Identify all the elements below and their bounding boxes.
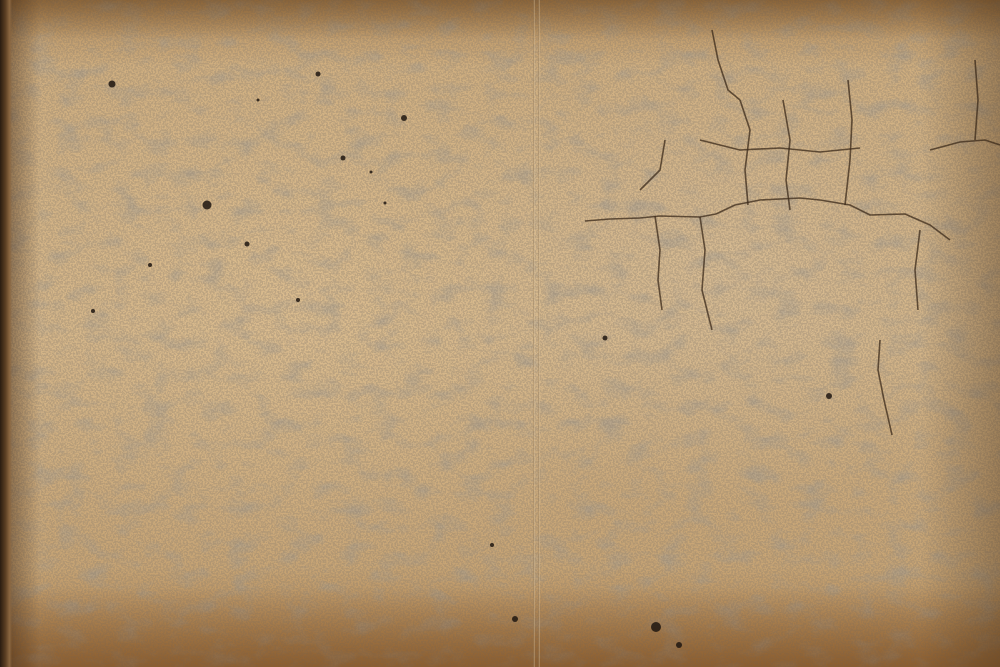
ink-spot <box>512 616 518 622</box>
ink-spot <box>109 81 116 88</box>
ink-spot <box>651 622 661 632</box>
ink-spot <box>676 642 682 648</box>
ink-spot <box>401 115 407 121</box>
ink-spot <box>490 543 494 547</box>
aged-paper-texture <box>0 0 1000 667</box>
ink-spot <box>384 202 387 205</box>
ink-spot <box>341 156 346 161</box>
ink-spot <box>203 201 212 210</box>
ink-spot <box>296 298 300 302</box>
ink-spot <box>148 263 152 267</box>
ink-spot <box>316 72 321 77</box>
ink-spots <box>0 0 1000 667</box>
ink-spot <box>257 99 260 102</box>
ink-spot <box>603 336 608 341</box>
ink-spot <box>91 309 95 313</box>
ink-spot <box>370 171 373 174</box>
ink-spot <box>826 393 832 399</box>
ink-spot <box>245 242 250 247</box>
